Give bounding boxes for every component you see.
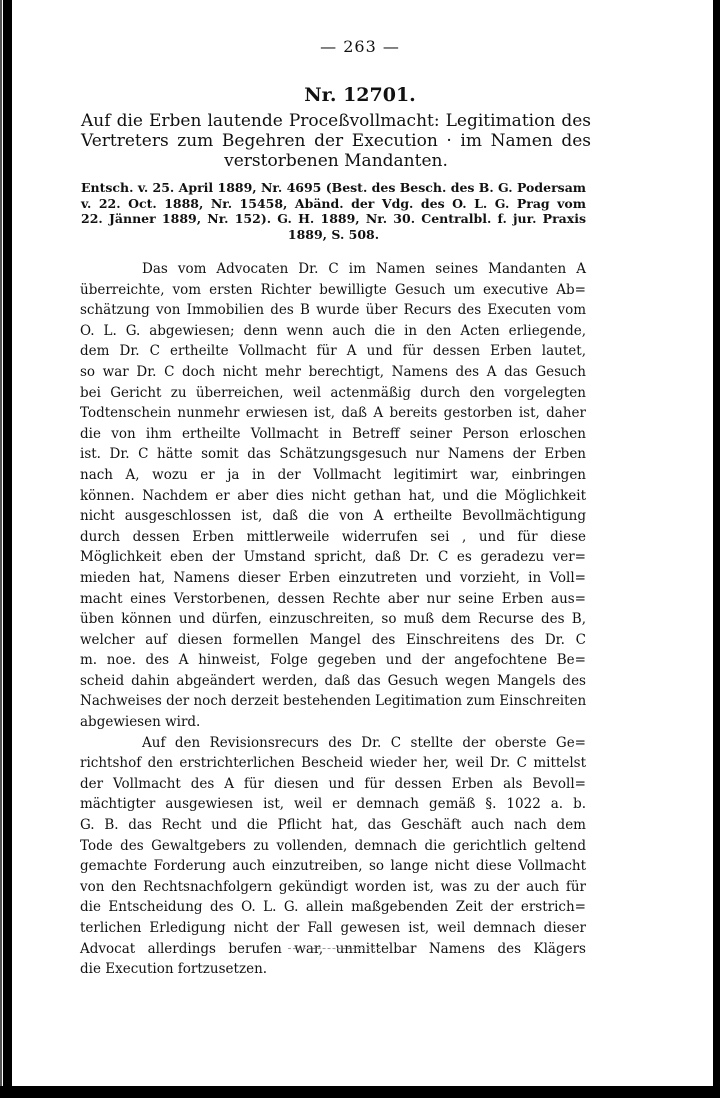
paragraph-1-line: nach A, wozu er ja in der Vollmacht legi… <box>80 465 586 486</box>
paragraph-1-line: so war Dr. C doch nicht mehr berechtigt,… <box>80 362 586 383</box>
paragraph-1-line: bei Gericht zu überreichen, weil actenmä… <box>80 383 586 404</box>
paragraph-2-line: die Entscheidung des O. L. G. allein maß… <box>80 897 586 918</box>
entry-title: Auf die Erben lautende Proceßvollmacht: … <box>81 111 591 171</box>
paragraph-1-line: üben können und dürfen, einzuschreiten, … <box>80 609 586 630</box>
paragraph-1-line: ist. Dr. C hätte somit das Schätzungsges… <box>80 444 586 465</box>
paragraph-1-line: Nachweises der noch derzeit bestehenden … <box>80 691 586 712</box>
decision-citation: Entsch. v. 25. April 1889, Nr. 4695 (Bes… <box>81 180 586 242</box>
paragraph-1-line: überreichte, vom ersten Richter bewillig… <box>80 280 586 301</box>
title-line: Auf die Erben lautende Proceßvollmacht: … <box>81 111 591 131</box>
paragraph-1-line: O. L. G. abgewiesen; denn wenn auch die … <box>80 321 586 342</box>
paragraph-1-line: Möglichkeit eben der Umstand spricht, da… <box>80 547 586 568</box>
paragraph-1-line: durch dessen Erben mittlerweile widerruf… <box>80 527 586 548</box>
citation-line: 22. Jänner 1889, Nr. 152). G. H. 1889, N… <box>81 211 586 227</box>
citation-line: 1889, S. 508. <box>81 227 586 243</box>
paragraph-2-line: Auf den Revisionsrecurs des Dr. C stellt… <box>80 733 586 754</box>
paragraph-2-line: G. B. das Recht und die Pflicht hat, das… <box>80 815 586 836</box>
paragraph-1-line: abgewiesen wird. <box>80 712 586 733</box>
paragraph-1-line: m. noe. des A hinweist, Folge gegeben un… <box>80 650 586 671</box>
page-number: — 263 — <box>0 37 720 56</box>
citation-line: v. 22. Oct. 1888, Nr. 15458, Abänd. der … <box>81 196 586 212</box>
paragraph-2-line: terlichen Erledigung nicht der Fall gewe… <box>80 918 586 939</box>
paragraph-1-line: können. Nachdem er aber dies nicht getha… <box>80 486 586 507</box>
paragraph-2-line: richtshof den erstrichterlichen Bescheid… <box>80 753 586 774</box>
paragraph-1-line: mieden hat, Namens dieser Erben einzutre… <box>80 568 586 589</box>
title-line: Vertreters zum Begehren der Execution · … <box>81 131 591 151</box>
paragraph-1-line: Todtenschein nunmehr erwiesen ist, daß A… <box>80 403 586 424</box>
paragraph-1-line: dem Dr. C ertheilte Vollmacht für A und … <box>80 341 586 362</box>
citation-line: Entsch. v. 25. April 1889, Nr. 4695 (Bes… <box>81 180 586 196</box>
paragraph-2-line: gemachte Forderung auch einzutreiben, so… <box>80 856 586 877</box>
paragraph-1-line: welcher auf diesen formellen Mangel des … <box>80 630 586 651</box>
entry-number: Nr. 12701. <box>0 84 720 106</box>
paragraph-2-line: von den Rechtsnachfolgern gekündigt word… <box>80 877 586 898</box>
scan-border-bottom <box>0 1086 720 1098</box>
scan-border-right <box>713 0 720 1098</box>
paragraph-2-line: Tode des Gewaltgebers zu vollenden, demn… <box>80 836 586 857</box>
paragraph-2-line: mächtigter ausgewiesen ist, weil er demn… <box>80 794 586 815</box>
paragraph-1-line: die von ihm ertheilte Vollmacht in Betre… <box>80 424 586 445</box>
title-line: verstorbenen Mandanten. <box>81 151 591 171</box>
paragraph-1-line: nicht ausgeschlossen ist, daß die von A … <box>80 506 586 527</box>
paragraph-2-line: die Execution fortzusetzen. <box>80 959 586 980</box>
paragraph-1-line: Das vom Advocaten Dr. C im Namen seines … <box>80 259 586 280</box>
scan-border-left <box>3 0 12 1098</box>
closing-rule <box>288 948 380 949</box>
paragraph-2-line: der Vollmacht des A für diesen und für d… <box>80 774 586 795</box>
scan-edge-left-thin <box>0 0 2 1098</box>
paragraph-1-line: macht eines Verstorbenen, dessen Rechte … <box>80 589 586 610</box>
paragraph-1-line: schätzung von Immobilien des B wurde übe… <box>80 300 586 321</box>
paragraph-1-line: scheid dahin abgeändert werden, daß das … <box>80 671 586 692</box>
body-text: Das vom Advocaten Dr. C im Namen seines … <box>80 259 586 980</box>
